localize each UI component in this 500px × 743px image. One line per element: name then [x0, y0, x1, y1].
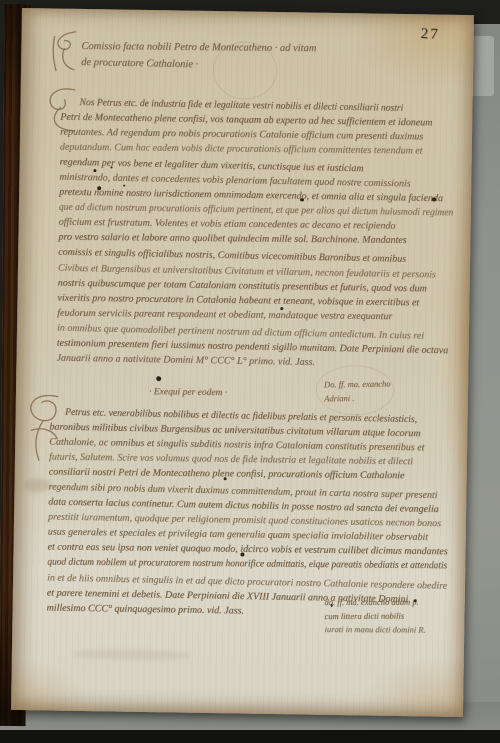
ink-dot — [432, 197, 436, 201]
charter-2-text: Petrus etc. venerabilibus nobilibus et d… — [46, 404, 449, 621]
ink-dot — [331, 604, 333, 607]
ink-dot — [110, 166, 112, 168]
side-note-line: Do. ff. ma. exancho — [324, 377, 444, 392]
ink-dot — [280, 307, 283, 310]
chancery-side-note: Do. ff. ma. exancho Adriani . — [324, 377, 444, 405]
paper-page: 27 Comissio facta nobili Petro de Montec… — [11, 8, 474, 717]
ink-dot — [97, 186, 101, 190]
photo-dark-edge — [0, 730, 500, 743]
bottom-note-line: iurati in manu dicti domini R. — [324, 623, 464, 637]
ink-dot — [123, 185, 125, 187]
registration-note-text: · Exequi per eodem · — [149, 385, 279, 402]
ink-dot — [156, 376, 161, 381]
ink-dot — [224, 477, 227, 480]
paraph-icon — [51, 28, 82, 74]
registration-note: · Exequi per eodem · — [149, 385, 279, 402]
bottom-note-line: cum littera dicti nobilis — [324, 609, 464, 623]
manuscript-photo: { "photo": { "background_color": "#1e1e1… — [0, 0, 500, 743]
folio-number: 27 — [420, 26, 440, 44]
smudge-mark — [24, 478, 50, 492]
side-note-line: Adriani . — [324, 390, 444, 406]
chancery-bottom-note: do. ff. ma. exancho adam p. cum littera … — [324, 596, 464, 637]
showthrough-ring — [213, 41, 278, 100]
ink-dot — [93, 169, 96, 172]
bottom-note-line: do. ff. ma. exancho adam p. — [324, 595, 464, 609]
showthrough-smudge — [72, 649, 192, 661]
ink-dot — [240, 552, 244, 556]
ink-dot — [414, 599, 417, 602]
ink-dot — [300, 198, 304, 201]
charter-1-text: Nos Petrus etc. de industria fide et leg… — [56, 95, 454, 372]
